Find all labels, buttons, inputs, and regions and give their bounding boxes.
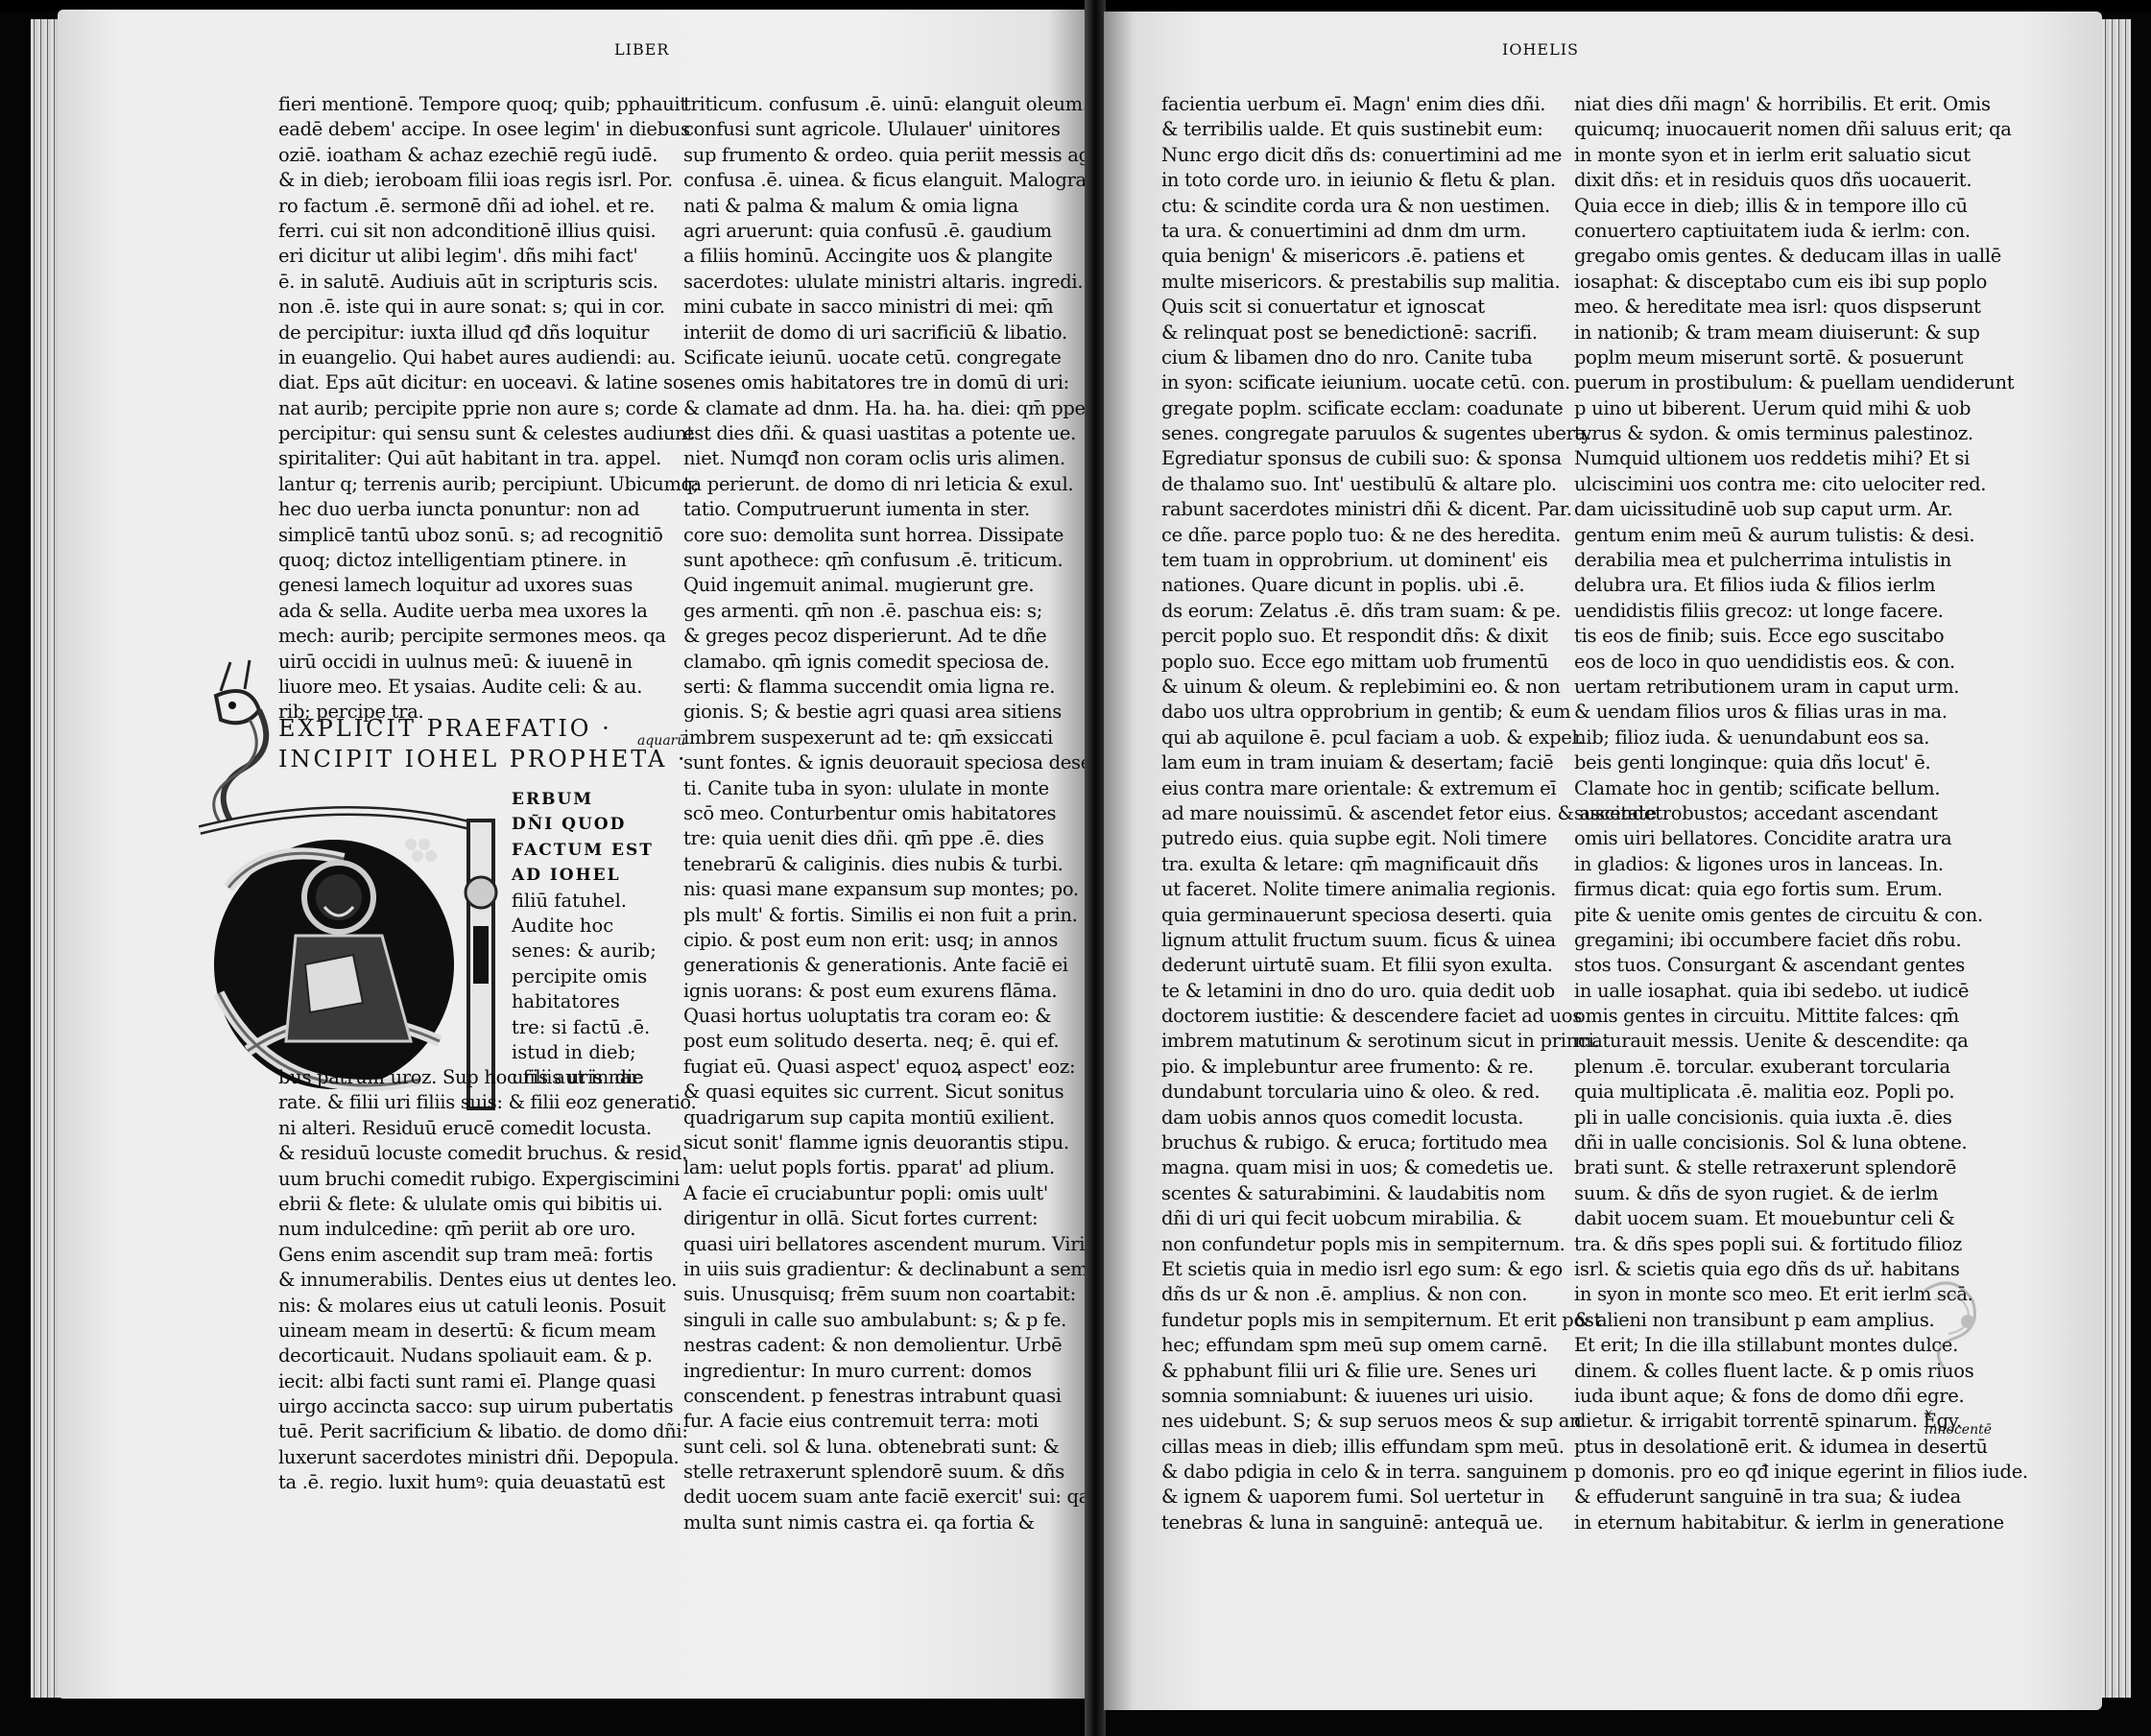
opening-caps-line: ERBUM [512, 787, 657, 812]
text-line: ti. Canite tuba in syon: ululate in mont… [683, 776, 1116, 801]
text-line: sup frumento & ordeo. quia periit messis… [683, 143, 1116, 168]
text-line: brati sunt. & stelle retraxerunt splendo… [1574, 1155, 2028, 1180]
text-line: gregabo omis gentes. & deducam illas in … [1574, 244, 2028, 269]
text-line: uirgo accincta sacco: sup uirum pubertat… [278, 1394, 696, 1419]
text-line: tatio. Computruerunt iumenta in ster. [683, 497, 1116, 522]
opening-text-line: istud in dieb; [512, 1040, 657, 1065]
text-line: hec duo uerba iuncta ponuntur: non ad [278, 497, 699, 522]
text-line: eadē debem' accipe. In osee legim' in di… [278, 117, 699, 142]
text-line: fur. A facie eius contremuit terra: moti [683, 1409, 1116, 1434]
text-line: maturauit messis. Uenite & descendite: q… [1574, 1029, 2028, 1054]
text-line: luxerunt sacerdotes ministri dñi. Depopu… [278, 1445, 696, 1470]
text-line: multa sunt nimis castra ei. qa fortia & [683, 1510, 1116, 1535]
text-line: poplm meum miserunt sortē. & posuerunt [1574, 345, 2028, 370]
text-line: liuore meo. Et ysaias. Audite celi: & au… [278, 675, 699, 700]
text-line: uum bruchi comedit rubigo. Expergiscimin… [278, 1167, 696, 1192]
explicit-rubric: EXPLICIT PRAEFATIO · [278, 715, 688, 746]
running-head-right: IOHELIS [1502, 40, 1579, 59]
text-line: senes omis habitatores tre in domū di ur… [683, 370, 1116, 395]
text-line: num indulcedine: qm̄ periit ab ore uro. [278, 1217, 696, 1242]
margin-note-aquarum: aquarū [637, 733, 685, 749]
text-line: oziē. ioatham & achaz ezechiē regū iudē. [278, 143, 699, 168]
text-line: dam uicissitudinē uob sup caput urm. Ar. [1574, 497, 2028, 522]
text-line: Scificate ieiunū. uocate cetū. congregat… [683, 345, 1116, 370]
text-line: lantur q; terrenis aurib; percipiunt. Ub… [278, 472, 699, 497]
text-line: interiit de domo di uri sacrificiū & lib… [683, 321, 1116, 345]
text-line: quia multiplicata .ē. malitia eoz. Popli… [1574, 1080, 2028, 1105]
text-line: & residuū locuste comedit bruchus. & res… [278, 1141, 696, 1166]
text-line: fieri mentionē. Tempore quoq; quib; ppha… [278, 92, 699, 117]
text-line: singuli in calle suo ambulabunt: s; & p … [683, 1308, 1116, 1333]
text-line: cipio. & post eum non erit: usq; in anno… [683, 928, 1116, 953]
text-line: nis: quasi mane expansum sup montes; po. [683, 877, 1116, 902]
text-line: puerum in prostibulum: & puellam uendide… [1574, 370, 2028, 395]
text-line: iosaphat: & disceptabo cum eis ibi sup p… [1574, 270, 2028, 295]
manuscript-spread: LIBER fieri mentionē. Tempore quoq; quib… [0, 0, 2151, 1736]
text-line: pls mult' & fortis. Similis ei non fuit … [683, 903, 1116, 928]
text-line: ada & sella. Audite uerba mea uxores la [278, 599, 699, 624]
text-line: in monte syon et in ierlm erit saluatio … [1574, 143, 2028, 168]
text-line: suis. Unusquisq; frēm suum non coartabit… [683, 1282, 1116, 1307]
text-line: ebrii & flete: & ululate omis qui bibiti… [278, 1192, 696, 1217]
text-line: omis uiri bellatores. Concidite aratra u… [1574, 826, 2028, 851]
opening-text-line: habitatores [512, 989, 657, 1014]
text-line: sunt celi. sol & luna. obtenebrati sunt:… [683, 1435, 1116, 1460]
text-line: Clamate hoc in gentib; scificate bellum. [1574, 776, 2028, 801]
text-line: dedit uocem suam ante faciē exercit' sui… [683, 1485, 1116, 1510]
binding-gutter [1085, 0, 1106, 1736]
opening-text-line: filiū fatuhel. [512, 889, 657, 914]
text-line: imbrem suspexerunt ad te: qm̄ exsiccati [683, 725, 1116, 750]
text-line: confusa .ē. uinea. & ficus elanguit. Mal… [683, 168, 1116, 193]
text-line: dirigentur in ollā. Sicut fortes current… [683, 1206, 1116, 1231]
text-line: omis gentes in circuitu. Mittite falces:… [1574, 1004, 2028, 1029]
opening-caps-line: FACTUM EST [512, 838, 657, 863]
faint-ornament-flourish-icon [1915, 1272, 1992, 1377]
opening-text-line: Audite hoc [512, 914, 657, 939]
text-line: tenebrarū & caliginis. dies nubis & turb… [683, 852, 1116, 877]
text-line: ulciscimini uos contra me: cito uelocite… [1574, 472, 2028, 497]
text-line: gregamini; ibi occumbere faciet dñs robu… [1574, 928, 2028, 953]
text-line: & innumerabilis. Dentes eius ut dentes l… [278, 1268, 696, 1293]
text-line: serti: & flamma succendit omia ligna re. [683, 675, 1116, 700]
text-line: genesi lamech loquitur ad uxores suas [278, 573, 699, 598]
text-line: sacerdotes: ululate ministri altaris. in… [683, 270, 1116, 295]
text-line: mech: aurib; percipite sermones meos. qa [278, 624, 699, 649]
text-line: quicumq; inuocauerit nomen dñi saluus er… [1574, 117, 2028, 142]
text-line: confusi sunt agricole. Ululauer' uinitor… [683, 117, 1116, 142]
text-line: nat aurib; percipite pprie non aure s; c… [278, 396, 699, 421]
text-line: meo. & hereditate mea isrl: quos dispser… [1574, 295, 2028, 320]
text-line: iecit: albi facti sunt rami eī. Plange q… [278, 1369, 696, 1394]
text-line: lam: uelut popls fortis. pparat' ad pliu… [683, 1155, 1116, 1180]
text-line: dñi in ualle concisionis. Sol & luna obt… [1574, 1130, 2028, 1155]
text-line: ptus in desolationē erit. & idumea in de… [1574, 1435, 2028, 1460]
text-line: quoq; dictoz intelligentiam ptinere. in [278, 548, 699, 573]
text-line: quasi uiri bellatores ascendent murum. V… [683, 1232, 1116, 1257]
text-line: dabit uocem suam. Et mouebuntur celi & [1574, 1206, 2028, 1231]
left-page-column-1: fieri mentionē. Tempore quoq; quib; ppha… [278, 92, 699, 725]
text-line: non .ē. iste qui in aure sonat: s; qui i… [278, 295, 699, 320]
text-line: in ualle iosaphat. quia ibi sedebo. ut i… [1574, 979, 2028, 1004]
text-line: niat dies dñi magn' & horribilis. Et eri… [1574, 92, 2028, 117]
text-line: & quasi equites sic current. Sicut sonit… [683, 1080, 1116, 1105]
text-line: p domonis. pro eo qđ inique egerint in f… [1574, 1460, 2028, 1485]
text-line: sicut sonit' flamme ignis deuorantis sti… [683, 1130, 1116, 1155]
text-line: derabilia mea et pulcherrima intulistis … [1574, 548, 2028, 573]
text-line: sunt fontes. & ignis deuorauit speciosa … [683, 750, 1116, 775]
text-line: a filiis hominū. Accingite uos & plangit… [683, 244, 1116, 269]
opening-caps-line: AD IOHEL [512, 863, 657, 888]
text-line: conuertero captiuitatem iuda & ierlm: co… [1574, 219, 2028, 244]
text-line: tra. & dñs spes popli sui. & fortitudo f… [1574, 1232, 2028, 1257]
text-line: nestras cadent: & non demolientur. Urbē [683, 1333, 1116, 1358]
text-line: p uino ut biberent. Uerum quid mihi & uo… [1574, 396, 2028, 421]
text-line: generationis & generationis. Ante faciē … [683, 953, 1116, 978]
text-line: ta .ē. regio. luxit humꝰ: quia deuastatū… [278, 1470, 696, 1495]
text-line: diat. Eps aūt dicitur: en uoceavi. & lat… [278, 370, 699, 395]
text-line: A facie eī cruciabuntur popli: omis uult… [683, 1181, 1116, 1206]
text-line: conscendent. p fenestras intrabunt quasi [683, 1384, 1116, 1409]
text-line: tre: quia uenit dies dñi. qm̄ ppe .ē. di… [683, 826, 1116, 851]
margin-note-mark: x [1924, 1406, 1932, 1421]
text-line: ingredientur: In muro current: domos [683, 1359, 1116, 1384]
text-line: nis: & molares eius ut catuli leonis. Po… [278, 1294, 696, 1319]
text-line: uertam retributionem uram in caput urm. [1574, 675, 2028, 700]
text-line: simplicē tantū uboz sonū. s; ad recognit… [278, 523, 699, 548]
text-line: spiritaliter: Qui aūt habitant in tra. a… [278, 446, 699, 471]
text-line: niet. Numqđ non coram oclis uris alimen. [683, 446, 1116, 471]
text-line: uendidistis filiis grecoz: ut longe face… [1574, 599, 2028, 624]
left-page-column-1-continued: bus patrum uroz. Sup hoc filiis uris nar… [278, 1065, 696, 1496]
text-line: ni alteri. Residuū erucē comedit locusta… [278, 1116, 696, 1141]
text-line: in gladios: & ligones uros in lanceas. I… [1574, 852, 2028, 877]
text-line: & in dieb; ieroboam filii ioas regis isr… [278, 168, 699, 193]
text-line: in nationib; & tram meam diuiserunt: & s… [1574, 321, 2028, 345]
text-line: plenum .ē. torcular. exuberant torculari… [1574, 1055, 2028, 1080]
text-line: ro factum .ē. sermonē dñi ad iohel. et r… [278, 194, 699, 219]
text-line: agri aruerunt: quia confusū .ē. gaudium [683, 219, 1116, 244]
text-line: nati & palma & malum & omia ligna [683, 194, 1116, 219]
text-line: gionis. S; & bestie agri quasi area siti… [683, 700, 1116, 725]
text-line: uirū occidi in uulnus meū: & iuuenē in [278, 650, 699, 675]
text-line: percipitur: qui sensu sunt & celestes au… [278, 421, 699, 446]
text-line: tis eos de finib; suis. Ecce ego suscita… [1574, 624, 2028, 649]
text-line: scō meo. Conturbentur omis habitatores [683, 801, 1116, 826]
text-line: ignis uorans: & post eum exurens flāma. [683, 979, 1116, 1004]
text-line: suum. & dñs de syon rugiet. & de ierlm [1574, 1181, 2028, 1206]
text-line: ferri. cui sit non adconditionē illius q… [278, 219, 699, 244]
text-line: mini cubate in sacco ministri di mei: qm… [683, 295, 1116, 320]
text-line: pite & uenite omis gentes de circuitu & … [1574, 903, 2028, 928]
left-page-column-2: triticum. confusum .ē. uinū: elanguit ol… [683, 92, 1116, 1535]
text-line: & clamate ad dnm. Ha. ha. ha. diei: qm̄ … [683, 396, 1116, 421]
text-line: tuē. Perit sacrificium & libatio. de dom… [278, 1419, 696, 1444]
text-line: nib; filioz iuda. & uenundabunt eos sa. [1574, 725, 2028, 750]
text-line: Quasi hortus uoluptatis tra coram eo: & [683, 1004, 1116, 1029]
opening-text-line: senes: & aurib; [512, 939, 657, 963]
right-page-edges [2102, 19, 2131, 1698]
text-line: clamabo. qm̄ ignis comedit speciosa de. [683, 650, 1116, 675]
text-line: Numquid ultionem uos reddetis mihi? Et s… [1574, 446, 2028, 471]
text-line: eos de loco in quo uendidistis eos. & co… [1574, 650, 2028, 675]
text-line: uineam meam in desertū: & ficum meam [278, 1319, 696, 1344]
opening-text-line: percipite omis [512, 964, 657, 989]
opening-caps-line: DÑI QUOD [512, 812, 657, 837]
incipit-rubric: INCIPIT IOHEL PROPHETA · [278, 746, 688, 776]
opening-text-beside-initial: ERBUM DÑI QUOD FACTUM EST AD IOHEL filiū… [512, 787, 657, 1091]
rubric-block: EXPLICIT PRAEFATIO · INCIPIT IOHEL PROPH… [278, 715, 688, 776]
text-line: dixit dñs: et in residuis quos dñs uocau… [1574, 168, 2028, 193]
text-line: firmus dicat: quia ego fortis sum. Erum. [1574, 877, 2028, 902]
text-line: eri dicitur ut alibi legim'. dñs mihi fa… [278, 244, 699, 269]
text-line: est dies dñi. & quasi uastitas a potente… [683, 421, 1116, 446]
margin-note-innocentem: innocentē [1924, 1422, 1992, 1438]
text-line: pli in ualle concisionis. quia iuxta .ē.… [1574, 1106, 2028, 1130]
text-line: Gens enim ascendit sup tram meā: fortis [278, 1243, 696, 1268]
text-line: tyrus & sydon. & omis terminus palestino… [1574, 421, 2028, 446]
running-head-left: LIBER [614, 40, 669, 59]
text-line: bus patrum uroz. Sup hoc filiis uris nar… [278, 1065, 696, 1090]
text-line: quadrigarum sup capita montiū exilient. [683, 1106, 1116, 1130]
text-line: iuda ibunt aque; & fons de domo dñi egre… [1574, 1384, 2028, 1409]
text-line: suscitate robustos; accedant ascendant [1574, 801, 2028, 826]
text-line: & uendam filios uros & filias uras in ma… [1574, 700, 2028, 725]
text-line: & effuderunt sanguinē in tra sua; & iude… [1574, 1485, 2028, 1510]
text-line: ges armenti. qm̄ non .ē. paschua eis: s; [683, 599, 1116, 624]
text-line: ē. in salutē. Audiuis aūt in scripturis … [278, 270, 699, 295]
text-line: triticum. confusum .ē. uinū: elanguit ol… [683, 92, 1116, 117]
text-line: post eum solitudo deserta. neq; ē. qui e… [683, 1029, 1116, 1054]
text-line: rate. & filii uri filiis suis: & filii e… [278, 1090, 696, 1115]
opening-text-line: tre: si factū .ē. [512, 1015, 657, 1040]
text-line: de percipitur: iuxta illud qđ dñs loquit… [278, 321, 699, 345]
text-line: stelle retraxerunt splendorē suum. & dñs [683, 1460, 1116, 1485]
text-line: gentum enim meū & aurum tulistis: & desi… [1574, 523, 2028, 548]
text-line: sunt apothece: qm̄ confusum .ē. triticum… [683, 548, 1116, 573]
text-line: ta perierunt. de domo di nri leticia & e… [683, 472, 1116, 497]
text-line: core suo: demolita sunt horrea. Dissipat… [683, 523, 1116, 548]
text-line: beis genti longinque: quia dñs locut' ē. [1574, 750, 2028, 775]
text-line: stos tuos. Consurgant & ascendant gentes [1574, 953, 2028, 978]
text-line: in eternum habitabitur. & ierlm in gener… [1574, 1510, 2028, 1535]
text-line: decorticauit. Nudans spoliauit eam. & p. [278, 1344, 696, 1368]
text-line: Quia ecce in dieb; illis & in tempore il… [1574, 194, 2028, 219]
text-line: in euangelio. Qui habet aures audiendi: … [278, 345, 699, 370]
text-line: delubra ura. Et filios iuda & filios ier… [1574, 573, 2028, 598]
dragon-head-ornament-icon [192, 653, 288, 825]
text-line: fugiat eū. Quasi aspect' equoꝝ aspect' e… [683, 1055, 1116, 1080]
text-line: in uiis suis gradientur: & declinabunt a… [683, 1257, 1116, 1282]
text-line: Quid ingemuit animal. mugierunt gre. [683, 573, 1116, 598]
text-line: & greges pecoz disperierunt. Ad te dñe [683, 624, 1116, 649]
